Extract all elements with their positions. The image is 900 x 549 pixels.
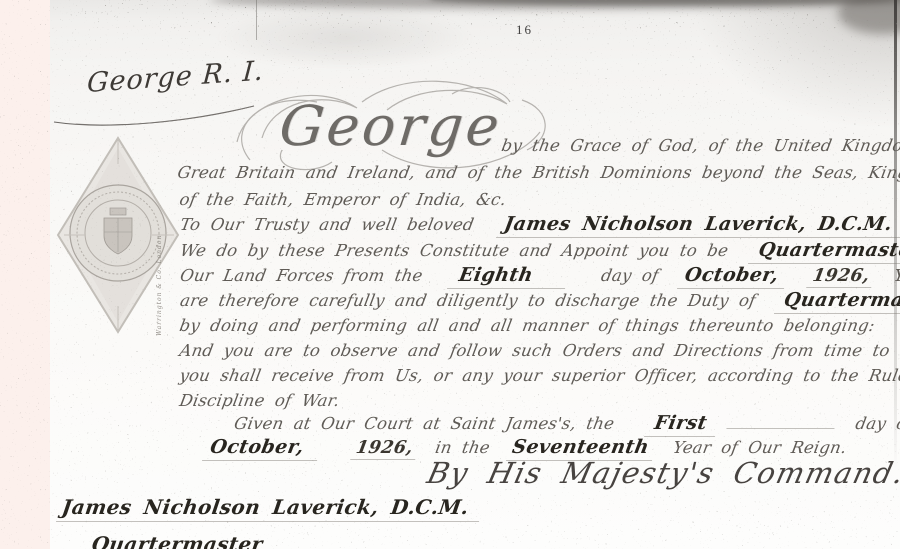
line-discharge: are therefore carefully and diligently t… [178, 290, 900, 314]
line-grace: by the Grace of God, of the United Kingd… [500, 136, 900, 155]
page-number: 16 [516, 22, 533, 38]
given-printed-text: Given at Our Court at Saint James's, the [233, 414, 616, 433]
you-word: You [892, 266, 900, 285]
signature-rank-line: Quartermaster [90, 532, 264, 549]
scanned-commission-certificate: 16 George R. I. George [0, 0, 900, 549]
line-faith: of the Faith, Emperor of India, &c. [178, 190, 508, 209]
line-land-forces: Our Land Forces from the Eighth day of O… [178, 265, 900, 289]
land-forces-printed-text: Our Land Forces from the [179, 266, 425, 285]
line-superior: you shall receive from Us, or any your s… [178, 366, 900, 385]
command-line: By His Majesty's Command. [424, 456, 900, 490]
scan-margin [0, 0, 50, 549]
seal-crown [110, 208, 126, 215]
printer-imprint: Warrington & Co. London [156, 250, 163, 336]
line-trusty: To Our Trusty and well beloved James Nic… [178, 214, 900, 238]
handwritten-appointment-rank: Quartermaster [748, 240, 900, 264]
trusty-printed-text: To Our Trusty and well beloved [179, 215, 476, 234]
handwritten-name: James Nicholson Laverick, D.C.M. [496, 214, 900, 238]
given-day-of-text: day of [854, 414, 900, 433]
handwritten-signature-rank: Quartermaster [90, 532, 264, 549]
day-of-text: day of [600, 266, 661, 285]
line-given: Given at Our Court at Saint James's, the… [232, 413, 900, 437]
line-discipline: Discipline of War. [178, 391, 341, 410]
handwritten-given-month: October, [202, 437, 322, 461]
line-dominions: Great Britain and Ireland, and of the Br… [176, 163, 900, 182]
signature-name-line: James Nicholson Laverick, D.C.M. [56, 496, 482, 522]
line-performing: by doing and performing all and all mann… [178, 316, 876, 335]
constitute-printed-text: We do by these Presents Constitute and A… [179, 241, 730, 260]
in-the-text: in the [434, 438, 492, 457]
handwritten-duty-rank: Quartermaster [774, 290, 900, 314]
handwritten-given-day: First [644, 413, 718, 437]
handwritten-commission-month: October, [677, 265, 789, 289]
handwritten-commission-day: Eighth [447, 265, 569, 289]
line-orders: And you are to observe and follow such O… [178, 341, 900, 360]
line-constitute: We do by these Presents Constitute and A… [178, 240, 900, 264]
commission-year: 1926, [807, 266, 876, 288]
discharge-printed-text: are therefore carefully and diligently t… [179, 291, 758, 310]
blank-underline [726, 414, 837, 429]
given-year: 1926, [350, 438, 419, 460]
reign-text: Year of Our Reign. [672, 438, 849, 457]
ornamental-title: George [277, 94, 505, 158]
handwritten-signature-name: James Nicholson Laverick, D.C.M. [56, 496, 482, 522]
